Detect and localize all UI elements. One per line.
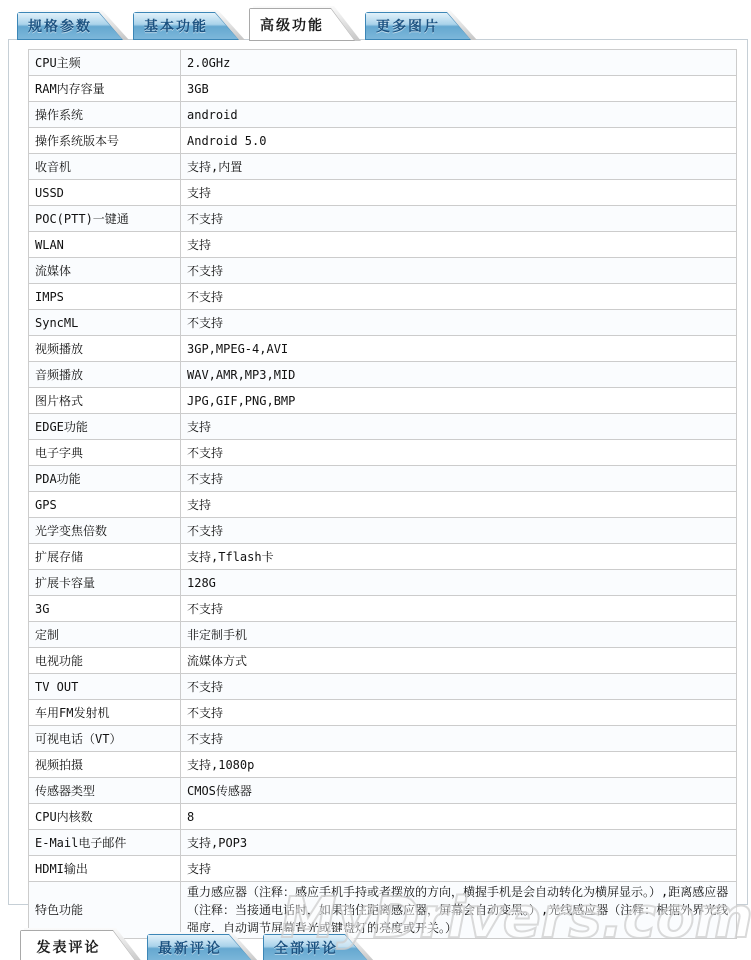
spec-label: 可视电话（VT） xyxy=(29,726,181,752)
table-row: SyncML 不支持 xyxy=(29,310,737,336)
spec-value: 8 xyxy=(181,804,737,830)
tab-all-comments[interactable]: 全部评论 xyxy=(263,934,369,960)
spec-value: 不支持 xyxy=(181,466,737,492)
table-row: EDGE功能 支持 xyxy=(29,414,737,440)
spec-label: 传感器类型 xyxy=(29,778,181,804)
table-row: 电子字典 不支持 xyxy=(29,440,737,466)
spec-value: Android 5.0 xyxy=(181,128,737,154)
table-row: GPS 支持 xyxy=(29,492,737,518)
top-tabbar: 规格参数 基本功能 高级功能 更多图片 xyxy=(0,0,751,40)
spec-label: 扩展卡容量 xyxy=(29,570,181,596)
table-row: E-Mail电子邮件 支持,POP3 xyxy=(29,830,737,856)
spec-value: android xyxy=(181,102,737,128)
spec-label: 收音机 xyxy=(29,154,181,180)
spec-label: IMPS xyxy=(29,284,181,310)
spec-label: 操作系统版本号 xyxy=(29,128,181,154)
spec-label: E-Mail电子邮件 xyxy=(29,830,181,856)
spec-label: 定制 xyxy=(29,622,181,648)
spec-label: 视频播放 xyxy=(29,336,181,362)
spec-value: 3GB xyxy=(181,76,737,102)
spec-label: 流媒体 xyxy=(29,258,181,284)
spec-label: TV OUT xyxy=(29,674,181,700)
table-row: CPU内核数 8 xyxy=(29,804,737,830)
table-row: 收音机 支持,内置 xyxy=(29,154,737,180)
spec-value: 支持 xyxy=(181,232,737,258)
tab-advanced-functions[interactable]: 高级功能 xyxy=(249,8,355,41)
spec-value: 支持,Tflash卡 xyxy=(181,544,737,570)
spec-value: 不支持 xyxy=(181,596,737,622)
spec-value: 2.0GHz xyxy=(181,50,737,76)
tab-basic-functions[interactable]: 基本功能 xyxy=(133,12,239,40)
spec-label: GPS xyxy=(29,492,181,518)
tab-label: 全部评论 xyxy=(263,934,349,960)
spec-label: POC(PTT)一键通 xyxy=(29,206,181,232)
spec-value: 支持 xyxy=(181,492,737,518)
spec-label: 车用FM发射机 xyxy=(29,700,181,726)
table-row: 扩展存储 支持,Tflash卡 xyxy=(29,544,737,570)
spec-label: 3G xyxy=(29,596,181,622)
table-row: 光学变焦倍数 不支持 xyxy=(29,518,737,544)
spec-label: PDA功能 xyxy=(29,466,181,492)
spec-label: 视频拍摄 xyxy=(29,752,181,778)
spec-value: 支持,内置 xyxy=(181,154,737,180)
spec-label: CPU内核数 xyxy=(29,804,181,830)
table-row: 3G 不支持 xyxy=(29,596,737,622)
table-row: 操作系统版本号 Android 5.0 xyxy=(29,128,737,154)
spec-value: 支持 xyxy=(181,180,737,206)
tab-label: 基本功能 xyxy=(133,12,219,40)
tab-label: 规格参数 xyxy=(17,12,103,40)
spec-label: SyncML xyxy=(29,310,181,336)
table-row: 流媒体 不支持 xyxy=(29,258,737,284)
table-row: 操作系统 android xyxy=(29,102,737,128)
spec-label: 图片格式 xyxy=(29,388,181,414)
tab-post-comment[interactable]: 发表评论 xyxy=(20,930,137,960)
table-row: 车用FM发射机 不支持 xyxy=(29,700,737,726)
spec-label: 操作系统 xyxy=(29,102,181,128)
spec-label: EDGE功能 xyxy=(29,414,181,440)
spec-value: 支持 xyxy=(181,414,737,440)
tab-latest-comments[interactable]: 最新评论 xyxy=(147,934,253,960)
table-row: TV OUT 不支持 xyxy=(29,674,737,700)
spec-label: CPU主频 xyxy=(29,50,181,76)
spec-value: 支持,POP3 xyxy=(181,830,737,856)
tab-label: 高级功能 xyxy=(249,8,335,41)
table-row: PDA功能 不支持 xyxy=(29,466,737,492)
spec-value: 3GP,MPEG-4,AVI xyxy=(181,336,737,362)
table-row: 定制 非定制手机 xyxy=(29,622,737,648)
spec-value: 不支持 xyxy=(181,674,737,700)
table-row: HDMI输出 支持 xyxy=(29,856,737,882)
spec-label: USSD xyxy=(29,180,181,206)
spec-label: 光学变焦倍数 xyxy=(29,518,181,544)
spec-table: CPU主频 2.0GHz RAM内存容量 3GB 操作系统 android 操作… xyxy=(28,49,737,939)
spec-value: 128G xyxy=(181,570,737,596)
comments-tabbar: 发表评论 最新评论 全部评论 xyxy=(0,922,751,960)
table-row: 图片格式 JPG,GIF,PNG,BMP xyxy=(29,388,737,414)
tab-spec-params[interactable]: 规格参数 xyxy=(17,12,123,40)
table-row: POC(PTT)一键通 不支持 xyxy=(29,206,737,232)
spec-label: WLAN xyxy=(29,232,181,258)
spec-panel: CPU主频 2.0GHz RAM内存容量 3GB 操作系统 android 操作… xyxy=(8,39,748,905)
spec-value: WAV,AMR,MP3,MID xyxy=(181,362,737,388)
spec-value: 不支持 xyxy=(181,440,737,466)
spec-value: 不支持 xyxy=(181,310,737,336)
table-row: CPU主频 2.0GHz xyxy=(29,50,737,76)
table-row: WLAN 支持 xyxy=(29,232,737,258)
table-row: 扩展卡容量 128G xyxy=(29,570,737,596)
spec-value: 支持 xyxy=(181,856,737,882)
spec-label: HDMI输出 xyxy=(29,856,181,882)
table-row: IMPS 不支持 xyxy=(29,284,737,310)
spec-label: RAM内存容量 xyxy=(29,76,181,102)
table-row: 传感器类型 CMOS传感器 xyxy=(29,778,737,804)
table-row: USSD 支持 xyxy=(29,180,737,206)
table-row: 可视电话（VT） 不支持 xyxy=(29,726,737,752)
spec-label: 音频播放 xyxy=(29,362,181,388)
tab-label: 发表评论 xyxy=(20,930,117,960)
spec-value: 不支持 xyxy=(181,518,737,544)
spec-label: 电子字典 xyxy=(29,440,181,466)
table-row: 音频播放 WAV,AMR,MP3,MID xyxy=(29,362,737,388)
table-row: 电视功能 流媒体方式 xyxy=(29,648,737,674)
spec-value: 不支持 xyxy=(181,284,737,310)
table-row: 视频拍摄 支持,1080p xyxy=(29,752,737,778)
spec-value: 非定制手机 xyxy=(181,622,737,648)
tab-more-pictures[interactable]: 更多图片 xyxy=(365,12,471,40)
spec-value: 不支持 xyxy=(181,726,737,752)
table-row: 视频播放 3GP,MPEG-4,AVI xyxy=(29,336,737,362)
spec-value: JPG,GIF,PNG,BMP xyxy=(181,388,737,414)
spec-value: CMOS传感器 xyxy=(181,778,737,804)
spec-label: 电视功能 xyxy=(29,648,181,674)
spec-value: 不支持 xyxy=(181,206,737,232)
tab-label: 最新评论 xyxy=(147,934,233,960)
spec-value: 支持,1080p xyxy=(181,752,737,778)
table-row: RAM内存容量 3GB xyxy=(29,76,737,102)
spec-label: 扩展存储 xyxy=(29,544,181,570)
spec-value: 不支持 xyxy=(181,700,737,726)
spec-value: 不支持 xyxy=(181,258,737,284)
tab-label: 更多图片 xyxy=(365,12,451,40)
spec-value: 流媒体方式 xyxy=(181,648,737,674)
